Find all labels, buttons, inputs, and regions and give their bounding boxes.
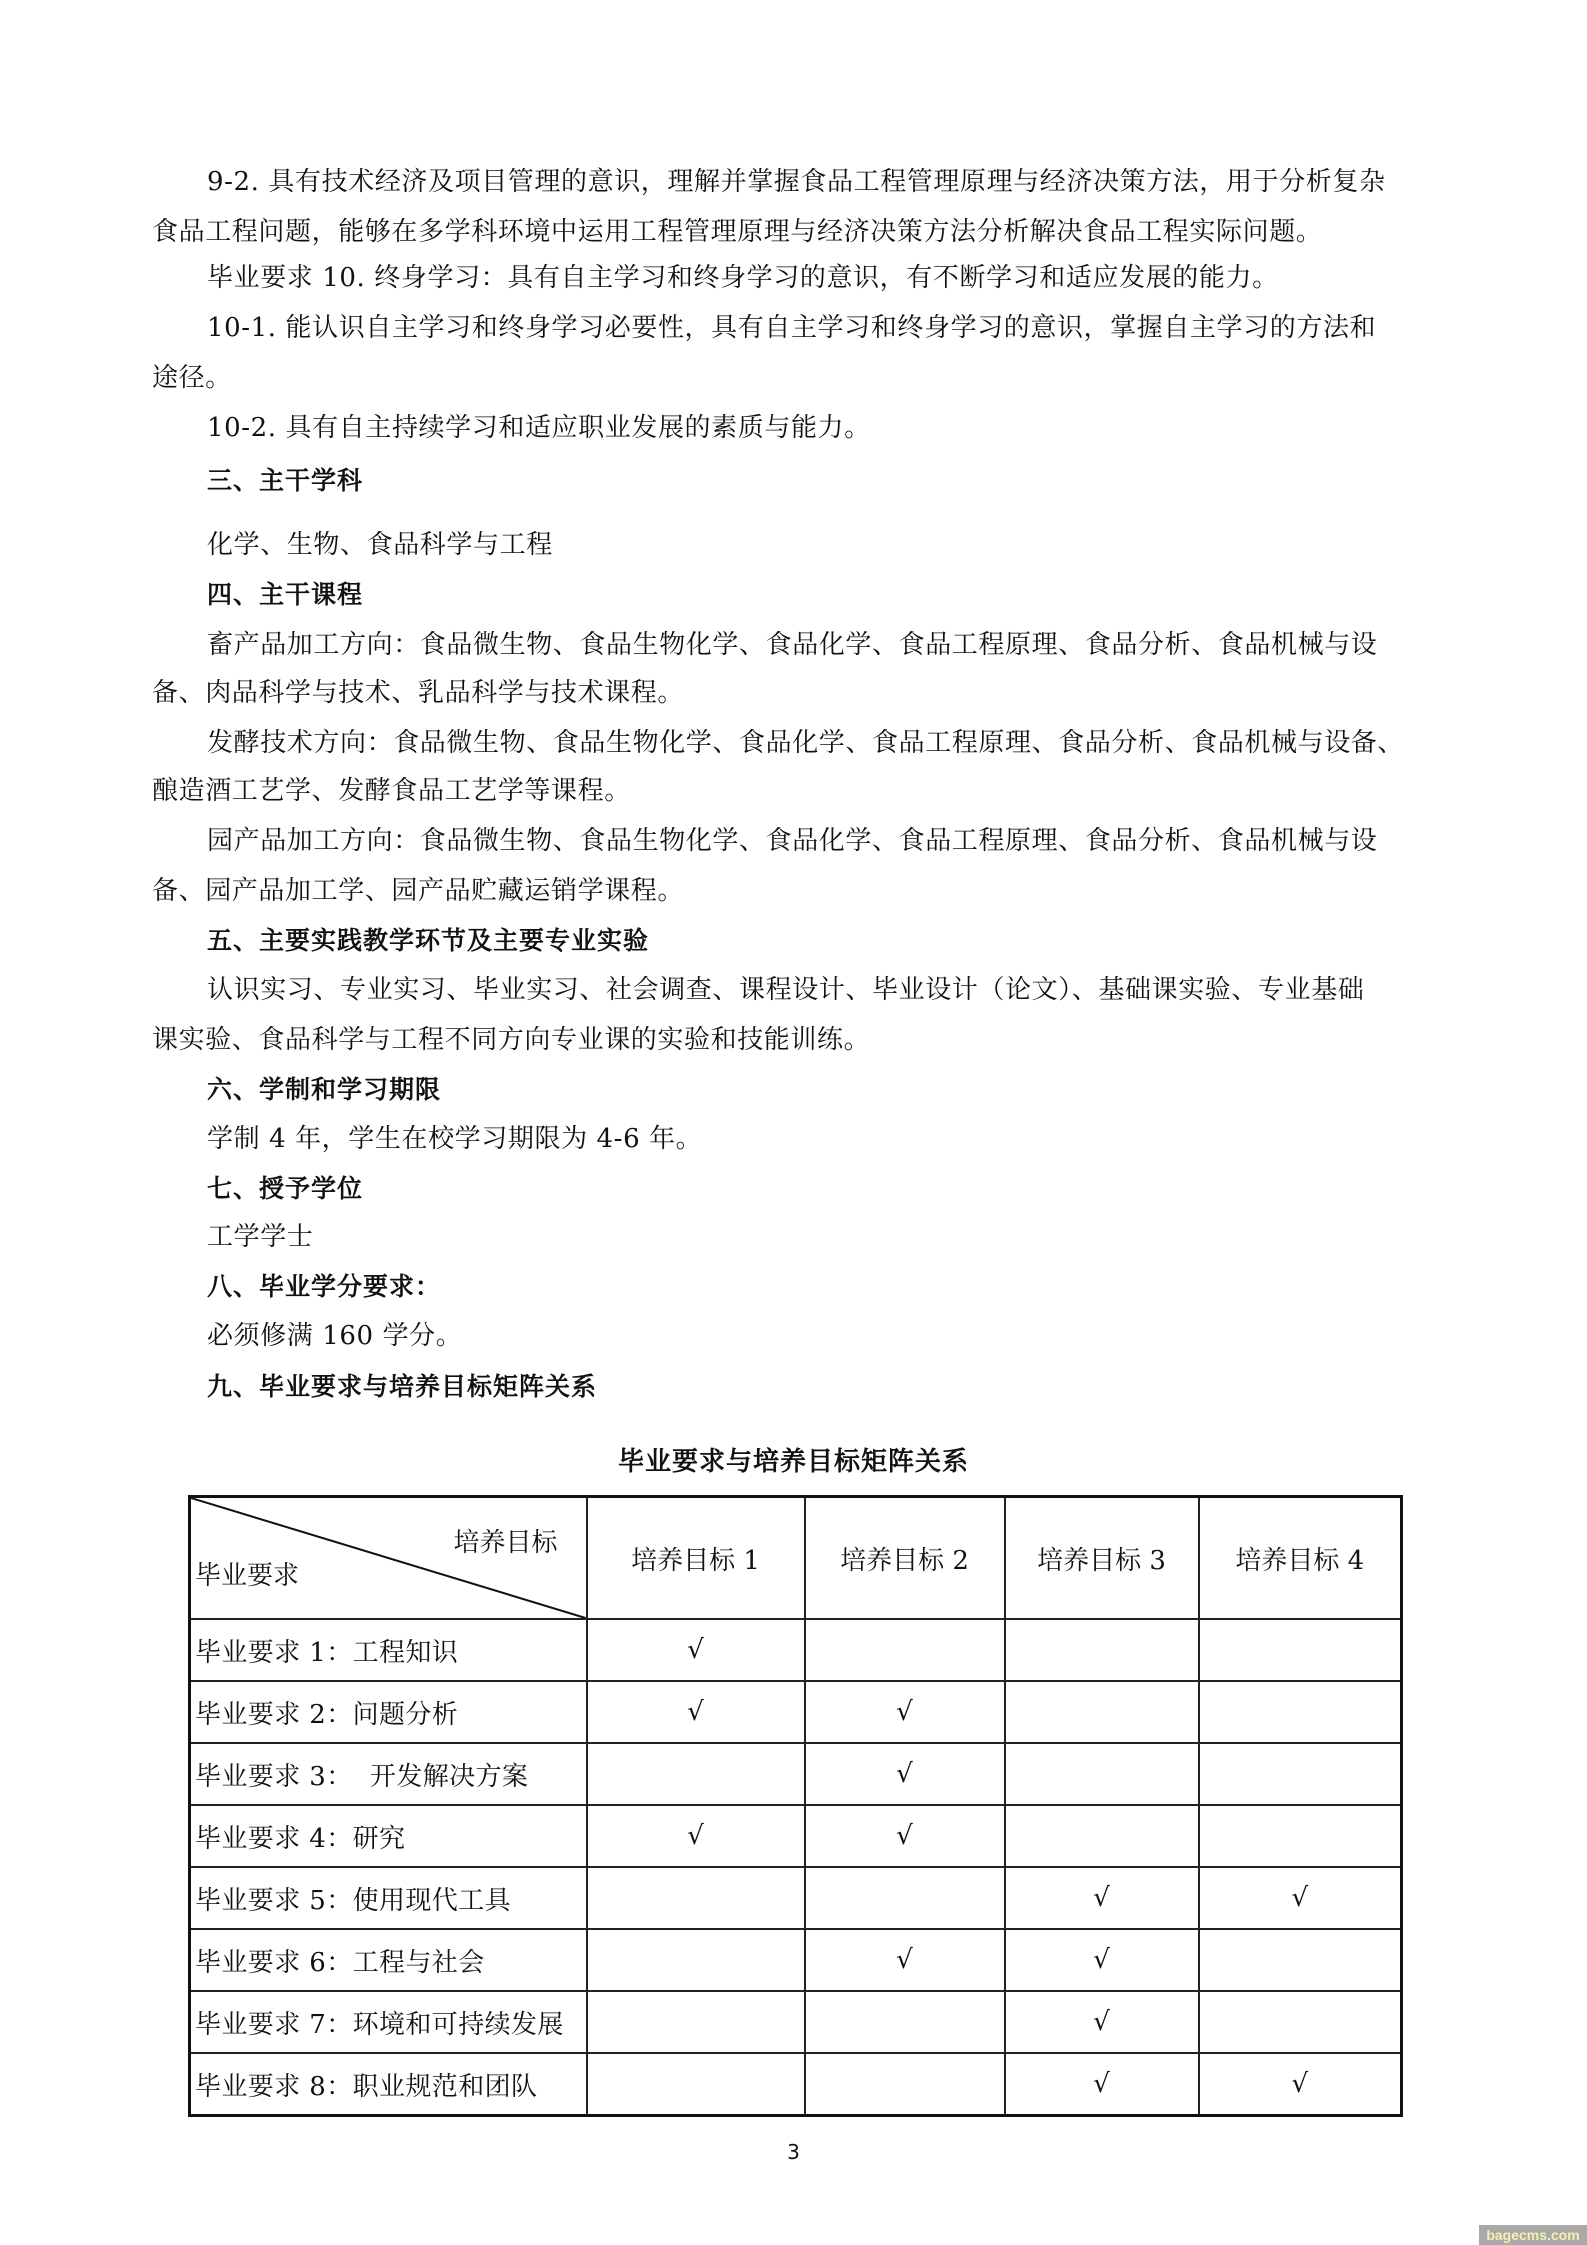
section-heading-7: 七、授予学位: [207, 1164, 1497, 1214]
matrix-cell: [1199, 1619, 1402, 1681]
section-heading-8: 八、毕业学分要求：: [207, 1262, 1497, 1312]
table-row: 毕业要求 5：使用现代工具 √ √: [190, 1867, 1402, 1929]
table-title: 毕业要求与培养目标矩阵关系: [0, 1440, 1587, 1484]
section-body-6: 学制 4 年，学生在校学习期限为 4-6 年。: [207, 1114, 1497, 1164]
section-body-5-line: 课实验、食品科学与工程不同方向专业课的实验和技能训练。: [152, 1015, 1442, 1065]
section-body-5-line: 认识实习、专业实习、毕业实习、社会调查、课程设计、毕业设计（论文）、基础课实验、…: [207, 965, 1497, 1015]
paragraph-10-1-line1: 10-1. 能认识自主学习和终身学习必要性，具有自主学习和终身学习的意识，掌握自…: [207, 303, 1497, 353]
section-body-4-line: 备、肉品科学与技术、乳品科学与技术课程。: [152, 668, 1442, 718]
matrix-cell: [1005, 1681, 1199, 1743]
requirement-label: 毕业要求 5：使用现代工具: [190, 1867, 587, 1929]
column-header: 培养目标 3: [1005, 1497, 1199, 1620]
section-body-4-line: 园产品加工方向：食品微生物、食品生物化学、食品化学、食品工程原理、食品分析、食品…: [207, 816, 1497, 866]
requirement-label: 毕业要求 4：研究: [190, 1805, 587, 1867]
section-body-4-line: 畜产品加工方向：食品微生物、食品生物化学、食品化学、食品工程原理、食品分析、食品…: [207, 620, 1497, 670]
watermark: bagecms.com: [1479, 2225, 1587, 2245]
matrix-cell: √: [1199, 1867, 1402, 1929]
matrix-cell: [1199, 1929, 1402, 1991]
table-row: 毕业要求 8：职业规范和团队 √ √: [190, 2053, 1402, 2116]
paragraph-9-2-line2: 食品工程问题，能够在多学科环境中运用工程管理原理与经济决策方法分析解决食品工程实…: [152, 207, 1442, 257]
requirement-label: 毕业要求 2：问题分析: [190, 1681, 587, 1743]
matrix-cell: [1199, 1991, 1402, 2053]
matrix-cell: √: [805, 1743, 1005, 1805]
matrix-cell: [587, 1991, 805, 2053]
table-row: 毕业要求 3： 开发解决方案 √: [190, 1743, 1402, 1805]
requirement-label: 毕业要求 1：工程知识: [190, 1619, 587, 1681]
section-body-3: 化学、生物、食品科学与工程: [207, 520, 1497, 570]
table-row: 毕业要求 4：研究 √ √: [190, 1805, 1402, 1867]
matrix-cell: √: [587, 1681, 805, 1743]
matrix-cell: √: [1005, 1929, 1199, 1991]
table-row: 毕业要求 7：环境和可持续发展 √: [190, 1991, 1402, 2053]
corner-label-objectives: 培养目标: [453, 1522, 557, 1559]
column-header: 培养目标 4: [1199, 1497, 1402, 1620]
matrix-cell: [587, 1929, 805, 1991]
requirement-label: 毕业要求 3： 开发解决方案: [190, 1743, 587, 1805]
matrix-cell: √: [805, 1805, 1005, 1867]
table-corner-cell: 培养目标 毕业要求: [190, 1497, 587, 1620]
matrix-cell: √: [805, 1681, 1005, 1743]
table-header-row: 培养目标 毕业要求 培养目标 1 培养目标 2 培养目标 3 培养目标 4: [190, 1497, 1402, 1620]
section-heading-6: 六、学制和学习期限: [207, 1065, 1497, 1115]
section-heading-3: 三、主干学科: [207, 456, 1497, 506]
matrix-cell: [1005, 1743, 1199, 1805]
requirement-label: 毕业要求 6：工程与社会: [190, 1929, 587, 1991]
requirement-label: 毕业要求 7：环境和可持续发展: [190, 1991, 587, 2053]
matrix-cell: [587, 1867, 805, 1929]
requirements-objectives-matrix: 培养目标 毕业要求 培养目标 1 培养目标 2 培养目标 3 培养目标 4 毕业…: [188, 1495, 1403, 2117]
matrix-cell: [1199, 1743, 1402, 1805]
section-body-8: 必须修满 160 学分。: [207, 1311, 1497, 1361]
section-body-4-line: 发酵技术方向：食品微生物、食品生物化学、食品化学、食品工程原理、食品分析、食品机…: [207, 718, 1497, 768]
matrix-cell: [1199, 1805, 1402, 1867]
section-body-4-line: 酿造酒工艺学、发酵食品工艺学等课程。: [152, 766, 1442, 816]
column-header: 培养目标 1: [587, 1497, 805, 1620]
column-header: 培养目标 2: [805, 1497, 1005, 1620]
matrix-cell: √: [587, 1805, 805, 1867]
section-heading-9: 九、毕业要求与培养目标矩阵关系: [207, 1362, 1497, 1412]
matrix-cell: √: [1005, 1991, 1199, 2053]
paragraph-10-2: 10-2. 具有自主持续学习和适应职业发展的素质与能力。: [207, 403, 1497, 453]
section-heading-5: 五、主要实践教学环节及主要专业实验: [207, 916, 1497, 966]
matrix-cell: √: [1199, 2053, 1402, 2116]
table-row: 毕业要求 1：工程知识 √: [190, 1619, 1402, 1681]
matrix-cell: √: [1005, 2053, 1199, 2116]
matrix-cell: [805, 2053, 1005, 2116]
paragraph-9-2-line1: 9-2. 具有技术经济及项目管理的意识，理解并掌握食品工程管理原理与经济决策方法…: [207, 157, 1497, 207]
matrix-cell: [805, 1991, 1005, 2053]
requirement-10: 毕业要求 10. 终身学习：具有自主学习和终身学习的意识，有不断学习和适应发展的…: [207, 253, 1497, 303]
matrix-cell: [1005, 1619, 1199, 1681]
matrix-cell: √: [805, 1929, 1005, 1991]
matrix-cell: [1005, 1805, 1199, 1867]
table-row: 毕业要求 2：问题分析 √ √: [190, 1681, 1402, 1743]
paragraph-10-1-line2: 途径。: [152, 353, 1442, 403]
matrix-cell: √: [587, 1619, 805, 1681]
section-heading-4: 四、主干课程: [207, 570, 1497, 620]
section-body-7: 工学学士: [207, 1212, 1497, 1262]
matrix-cell: √: [1005, 1867, 1199, 1929]
page-number: 3: [0, 2140, 1587, 2164]
matrix-cell: [587, 2053, 805, 2116]
matrix-cell: [1199, 1681, 1402, 1743]
requirement-label: 毕业要求 8：职业规范和团队: [190, 2053, 587, 2116]
matrix-cell: [805, 1867, 1005, 1929]
section-body-4-line: 备、园产品加工学、园产品贮藏运销学课程。: [152, 866, 1442, 916]
matrix-cell: [805, 1619, 1005, 1681]
matrix-cell: [587, 1743, 805, 1805]
corner-label-requirements: 毕业要求: [195, 1555, 299, 1592]
table-row: 毕业要求 6：工程与社会 √ √: [190, 1929, 1402, 1991]
